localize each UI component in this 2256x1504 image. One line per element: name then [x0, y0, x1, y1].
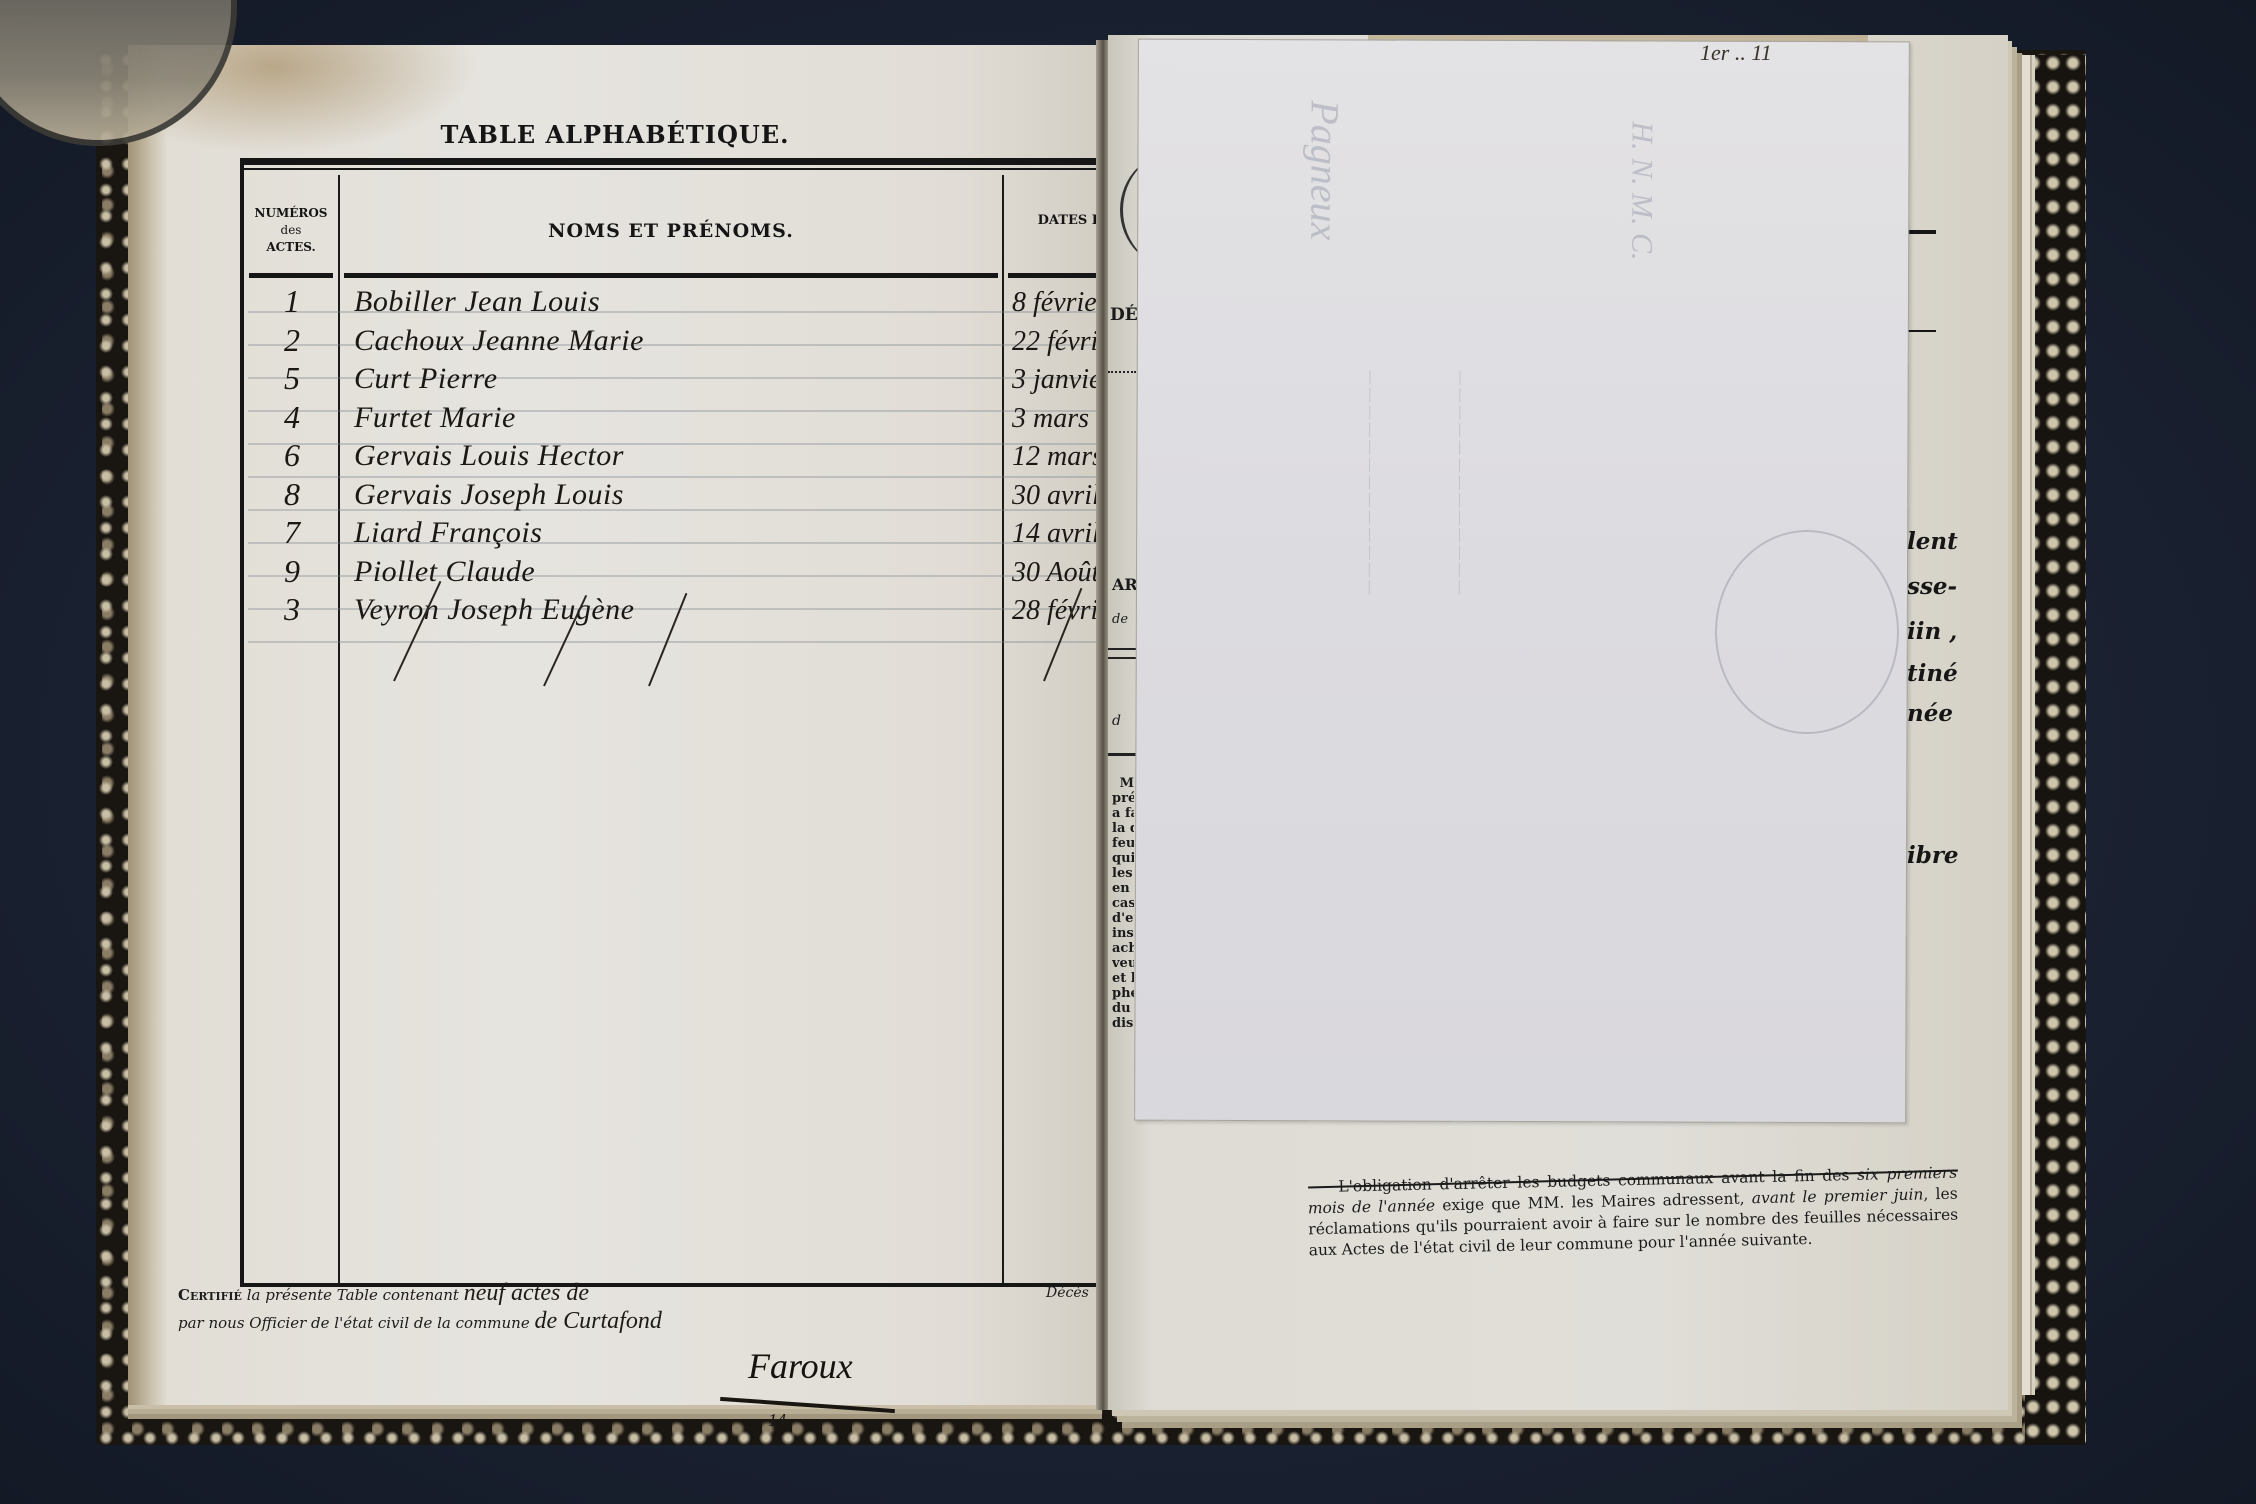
- short-rule: [1108, 753, 1136, 756]
- table-row: 3 Veyron Joseph Eugène 28 février: [244, 595, 1219, 634]
- table-row: 8 Gervais Joseph Louis 30 avril: [244, 480, 1219, 519]
- header-rule: [344, 273, 998, 278]
- bleed-through-text: — — — — — — — — — — — — —: [1361, 370, 1378, 594]
- entry-name: Veyron Joseph Eugène: [354, 593, 634, 627]
- table-row: 6 Gervais Louis Hector 12 mars: [244, 441, 1219, 480]
- entry-name: Curt Pierre: [354, 362, 498, 396]
- bleed-through-text: Pagneux: [1301, 100, 1348, 240]
- corner-folio-note: 1er .. 11: [1700, 40, 1772, 66]
- header-noms-prenoms: NOMS ET PRÉNOMS.: [340, 220, 1002, 242]
- header-rule: [249, 273, 333, 278]
- partial-italic-line: iin ,: [1907, 618, 1957, 645]
- entry-name: Cachoux Jeanne Marie: [354, 324, 644, 358]
- partial-text-column: M prévi a fai la di feuil qui c les 1 en…: [1112, 776, 1134, 1031]
- entry-number: 6: [262, 437, 322, 474]
- table-double-rule: [244, 168, 1219, 170]
- entry-date: 30 Août: [1012, 557, 1099, 589]
- left-page: TABLE ALPHABÉTIQUE. NUMÉROS des ACTES. N…: [128, 45, 1102, 1405]
- entry-name: Liard François: [354, 516, 542, 550]
- entry-number: 5: [262, 360, 322, 397]
- partial-italic-line: née: [1907, 700, 1953, 727]
- certification-text: Certifié la présente Table contenant neu…: [178, 1280, 662, 1336]
- entry-number: 9: [262, 553, 322, 590]
- table-row: 5 Curt Pierre 3 janvier: [244, 364, 1219, 403]
- entry-number: 1: [262, 283, 322, 320]
- entry-name: Gervais Joseph Louis: [354, 478, 624, 512]
- handwritten-count: neuf actes de: [464, 1280, 589, 1306]
- alphabetical-table: NUMÉROS des ACTES. NOMS ET PRÉNOMS. DATE…: [240, 158, 1223, 1287]
- entry-number: 8: [262, 476, 322, 513]
- entry-number: 4: [262, 399, 322, 436]
- officer-signature: Faroux: [748, 1345, 853, 1387]
- bleed-through-text: — — — — — — — — — — — — —: [1451, 371, 1468, 595]
- table-row: 9 Piollet Claude 30 Août: [244, 557, 1219, 596]
- entry-date: 14 avril: [1012, 518, 1100, 550]
- table-row: 1 Bobiller Jean Louis 8 février: [244, 287, 1219, 326]
- signature-note: 14: [768, 1410, 786, 1431]
- edge-stain: [128, 45, 168, 1405]
- bleed-through-text: H. N. M. C.: [1624, 121, 1658, 260]
- entry-number: 7: [262, 514, 322, 551]
- entries-list: 1 Bobiller Jean Louis 8 février 2 Cachou…: [244, 287, 1219, 634]
- partial-de: de: [1112, 612, 1128, 627]
- partial-italic-line: ibre: [1907, 842, 1959, 869]
- partial-d: d: [1112, 713, 1121, 729]
- act-type-label: Décès: [1046, 1285, 1089, 1301]
- budget-notice: L'obligation d'arrêter les budgets commu…: [1307, 1163, 1959, 1262]
- entry-date: 8 février: [1012, 287, 1108, 319]
- entry-date: 30 avril: [1012, 480, 1100, 512]
- entry-date: 12 mars: [1012, 441, 1103, 473]
- header-numeros: NUMÉROS des ACTES.: [244, 205, 338, 256]
- dotted-rule: [1108, 368, 1136, 373]
- handwritten-commune: de Curtafond: [535, 1308, 662, 1334]
- partial-italic-line: tiné: [1907, 660, 1958, 687]
- entry-name: Furtet Marie: [354, 401, 516, 435]
- entry-date: 3 mars: [1012, 403, 1089, 435]
- faint-stamp-circle: [1715, 530, 1899, 734]
- table-row: 7 Liard François 14 avril: [244, 518, 1219, 557]
- entry-number: 3: [262, 591, 322, 628]
- entry-name: Piollet Claude: [354, 555, 535, 589]
- entry-name: Bobiller Jean Louis: [354, 285, 600, 319]
- partial-italic-line: sse-: [1907, 573, 1957, 600]
- certify-label: Certifié: [178, 1286, 242, 1304]
- partial-italic-line: lent: [1907, 528, 1958, 555]
- entry-name: Gervais Louis Hector: [354, 439, 624, 473]
- table-row: 4 Furtet Marie 3 mars: [244, 403, 1219, 442]
- page-title: TABLE ALPHABÉTIQUE.: [128, 120, 1102, 149]
- table-row: 2 Cachoux Jeanne Marie 22 février: [244, 326, 1219, 365]
- double-rule: [1108, 648, 1136, 659]
- entry-number: 2: [262, 322, 322, 359]
